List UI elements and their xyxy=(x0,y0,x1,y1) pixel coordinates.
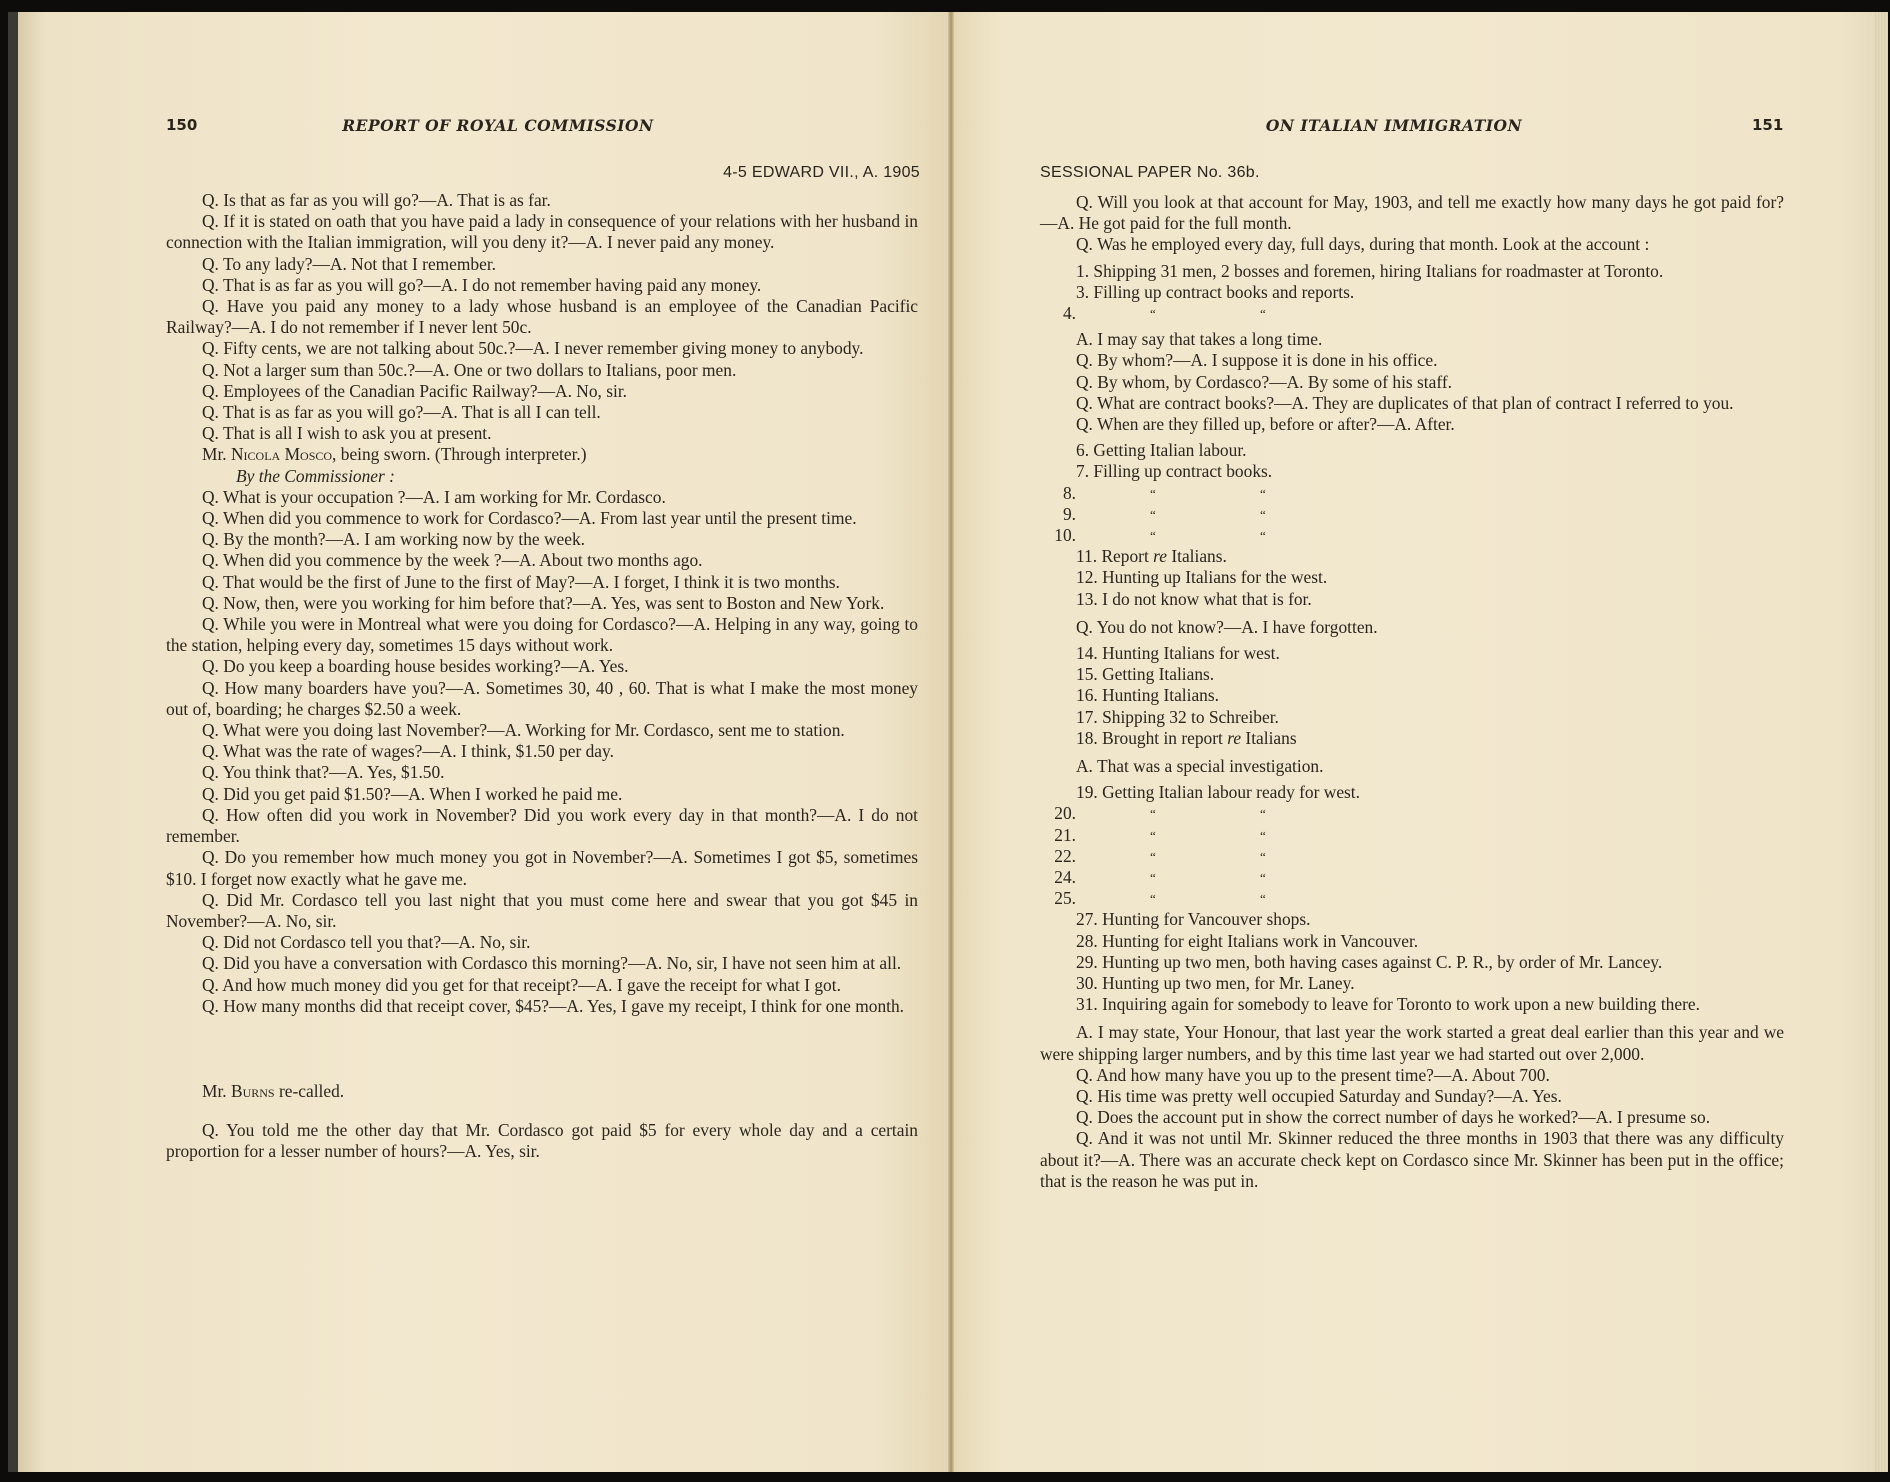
paragraph: Q. How often did you work in November? D… xyxy=(166,805,918,847)
paragraph: Q. What is your occupation ?—A. I am wor… xyxy=(166,487,918,508)
item-number: 15. xyxy=(1076,664,1098,684)
item-number: 21. xyxy=(1046,825,1076,846)
ditto-row: 20.““ xyxy=(1040,803,1784,824)
ditto-mark: “ xyxy=(1150,504,1156,525)
paragraph: Q. His time was pretty well occupied Sat… xyxy=(1040,1086,1784,1107)
ditto-mark: “ xyxy=(1260,303,1266,324)
ditto-mark: “ xyxy=(1150,483,1156,504)
page-number-right: 151 xyxy=(1752,116,1783,134)
qa-b: Q. You do not know?—A. I have forgotten. xyxy=(1040,617,1784,638)
item-number: 13. xyxy=(1076,589,1098,609)
ditto-mark: “ xyxy=(1150,825,1156,846)
item-number: 24. xyxy=(1046,867,1076,888)
paragraph: Q. Did not Cordasco tell you that?—A. No… xyxy=(166,932,918,953)
ditto-mark: “ xyxy=(1150,803,1156,824)
book-spread: 150 REPORT OF ROYAL COMMISSION 4-5 EDWAR… xyxy=(8,12,1888,1472)
paragraph: Q. Did Mr. Cordasco tell you last night … xyxy=(166,890,918,932)
paragraph: Q. That is as far as you will go?—A. Tha… xyxy=(166,402,918,423)
paragraph: Q. While you were in Montreal what were … xyxy=(166,614,918,656)
list-item: 30. Hunting up two men, for Mr. Laney. xyxy=(1040,973,1784,994)
item-text: Filling up contract books. xyxy=(1093,461,1272,481)
paragraph: Q. Do you remember how much money you go… xyxy=(166,847,918,889)
list-item: 18. Brought in report re Italians xyxy=(1040,728,1784,749)
paragraph: Q. That is all I wish to ask you at pres… xyxy=(166,423,918,444)
list-item: 14. Hunting Italians for west. xyxy=(1040,643,1784,664)
session-line-right: SESSIONAL PAPER No. 36b. xyxy=(1040,164,1260,182)
item-number: 11. xyxy=(1076,546,1097,566)
running-title-left: REPORT OF ROYAL COMMISSION xyxy=(18,116,958,135)
item-text: Report xyxy=(1101,546,1153,566)
list-item: 29. Hunting up two men, both having case… xyxy=(1040,952,1784,973)
paragraph: Q. Does the account put in show the corr… xyxy=(1040,1107,1784,1128)
ditto-mark: “ xyxy=(1260,888,1266,909)
paragraph: Q. How many boarders have you?—A. Someti… xyxy=(166,678,918,720)
right-page: ON ITALIAN IMMIGRATION 151 SESSIONAL PAP… xyxy=(954,12,1888,1472)
right-page-body: Q. Will you look at that account for May… xyxy=(1040,192,1784,1192)
account-items-f: 27. Hunting for Vancouver shops.28. Hunt… xyxy=(1040,909,1784,1015)
paragraph: Q. What was the rate of wages?—A. I thin… xyxy=(166,741,918,762)
paragraph: Q. Do you keep a boarding house besides … xyxy=(166,656,918,677)
paragraph: Q. Was he employed every day, full days,… xyxy=(1040,234,1784,255)
ditto-mark: “ xyxy=(1260,867,1266,888)
ditto-mark: “ xyxy=(1260,483,1266,504)
ditto-mark: “ xyxy=(1150,846,1156,867)
item-italic: re xyxy=(1153,546,1167,566)
item-text: Hunting for Vancouver shops. xyxy=(1102,909,1310,929)
item-number: 28. xyxy=(1076,931,1098,951)
paragraph: Q. And how much money did you get for th… xyxy=(166,975,918,996)
list-item: 12. Hunting up Italians for the west. xyxy=(1040,567,1784,588)
paragraph: Q. Is that as far as you will go?—A. Tha… xyxy=(166,190,918,211)
session-line-left: 4-5 EDWARD VII., A. 1905 xyxy=(723,164,920,182)
qa-block-a: A. I may say that takes a long time.Q. B… xyxy=(1040,329,1784,435)
ditto-mark: “ xyxy=(1260,504,1266,525)
left-page: 150 REPORT OF ROYAL COMMISSION 4-5 EDWAR… xyxy=(8,12,948,1472)
item-text: I do not know what that is for. xyxy=(1102,589,1312,609)
ditto-mark: “ xyxy=(1260,825,1266,846)
item-number: 3. xyxy=(1076,282,1089,302)
left-page-body: Q. Is that as far as you will go?—A. Tha… xyxy=(166,190,918,1163)
account-items-e: 19. Getting Italian labour ready for wes… xyxy=(1040,782,1784,803)
account-items-d: 14. Hunting Italians for west.15. Gettin… xyxy=(1040,643,1784,749)
ditto-rows-b: 8.““9.““10.““ xyxy=(1040,483,1784,547)
item-italic: re xyxy=(1227,728,1241,748)
running-title-right: ON ITALIAN IMMIGRATION xyxy=(954,116,1834,135)
by-commissioner-line: By the Commissioner : xyxy=(166,466,918,487)
paragraph: Q. To any lady?—A. Not that I remember. xyxy=(166,254,918,275)
ditto-mark: “ xyxy=(1150,525,1156,546)
witness-prefix: Mr. xyxy=(202,444,231,464)
item-number: 27. xyxy=(1076,909,1098,929)
item-text: Getting Italians. xyxy=(1102,664,1214,684)
item-text: Inquiring again for somebody to leave fo… xyxy=(1102,994,1700,1014)
list-item: 1. Shipping 31 men, 2 bosses and foremen… xyxy=(1040,261,1784,282)
account-items-a: 1. Shipping 31 men, 2 bosses and foremen… xyxy=(1040,261,1784,303)
item-text: Hunting up two men, both having cases ag… xyxy=(1102,952,1662,972)
paragraph: Q. When did you commence to work for Cor… xyxy=(166,508,918,529)
paragraph: Q. Fifty cents, we are not talking about… xyxy=(166,338,918,359)
list-item: 6. Getting Italian labour. xyxy=(1040,440,1784,461)
recall-suffix: re-called. xyxy=(275,1081,345,1101)
item-number: 19. xyxy=(1076,782,1098,802)
item-text: Shipping 32 to Schreiber. xyxy=(1102,707,1279,727)
paragraph: Q. That would be the first of June to th… xyxy=(166,572,918,593)
paragraph: Q. By the month?—A. I am working now by … xyxy=(166,529,918,550)
paragraph: Q. What are contract books?—A. They are … xyxy=(1040,393,1784,414)
item-number: 9. xyxy=(1046,504,1076,525)
item-number: 16. xyxy=(1076,685,1098,705)
item-text-post: Italians xyxy=(1241,728,1297,748)
item-number: 25. xyxy=(1046,888,1076,909)
account-items-b: 6. Getting Italian labour.7. Filling up … xyxy=(1040,440,1784,482)
paragraph: Q. That is as far as you will go?—A. I d… xyxy=(166,275,918,296)
item-text: Hunting for eight Italians work in Vanco… xyxy=(1102,931,1418,951)
paragraph: Q. If it is stated on oath that you have… xyxy=(166,211,918,253)
item-number: 8. xyxy=(1046,483,1076,504)
paragraph: A. I may state, Your Honour, that last y… xyxy=(1040,1022,1784,1064)
witness-suffix: , being sworn. (Through interpreter.) xyxy=(332,444,587,464)
qa-c: A. That was a special investigation. xyxy=(1040,756,1784,777)
paragraph: Q. Will you look at that account for May… xyxy=(1040,192,1784,234)
ditto-row: 21.““ xyxy=(1040,825,1784,846)
paragraph: Q. How many months did that receipt cove… xyxy=(166,996,918,1017)
list-item: 16. Hunting Italians. xyxy=(1040,685,1784,706)
account-items-c: 11. Report re Italians.12. Hunting up It… xyxy=(1040,546,1784,610)
item-number: 31. xyxy=(1076,994,1098,1014)
item-number: 22. xyxy=(1046,846,1076,867)
ditto-row: 4.““ xyxy=(1040,303,1784,324)
paragraph: Q. And how many have you up to the prese… xyxy=(1040,1065,1784,1086)
item-text: Hunting up two men, for Mr. Laney. xyxy=(1102,973,1354,993)
item-text: Hunting up Italians for the west. xyxy=(1102,567,1327,587)
page-edge xyxy=(1874,12,1888,1472)
list-item: 7. Filling up contract books. xyxy=(1040,461,1784,482)
witness-intro: Mr. Nicola Mosco, being sworn. (Through … xyxy=(166,444,918,465)
paragraph: Q. When did you commence by the week ?—A… xyxy=(166,550,918,571)
paragraph: Q. And it was not until Mr. Skinner redu… xyxy=(1040,1128,1784,1192)
item-number: 14. xyxy=(1076,643,1098,663)
ditto-row: 9.““ xyxy=(1040,504,1784,525)
item-text: Hunting Italians for west. xyxy=(1102,643,1280,663)
ditto-row: 10.““ xyxy=(1040,525,1784,546)
ditto-rows-c: 20.““21.““22.““24.““25.““ xyxy=(1040,803,1784,909)
paragraph: Q. When are they filled up, before or af… xyxy=(1040,414,1784,435)
paragraph: Q. Have you paid any money to a lady who… xyxy=(166,296,918,338)
item-number: 1. xyxy=(1076,261,1089,281)
paragraph: Q. What were you doing last November?—A.… xyxy=(166,720,918,741)
item-text: Getting Italian labour. xyxy=(1093,440,1246,460)
left-paragraphs-2: Q. What is your occupation ?—A. I am wor… xyxy=(166,487,918,1017)
ditto-row: 24.““ xyxy=(1040,867,1784,888)
ditto-mark: “ xyxy=(1260,846,1266,867)
item-number: 12. xyxy=(1076,567,1098,587)
ditto-row: 22.““ xyxy=(1040,846,1784,867)
final-paragraph: Q. You told me the other day that Mr. Co… xyxy=(166,1120,918,1162)
item-number: 7. xyxy=(1076,461,1089,481)
witness-name: Nicola Mosco xyxy=(231,444,332,464)
list-item: 11. Report re Italians. xyxy=(1040,546,1784,567)
item-text-post: Italians. xyxy=(1167,546,1227,566)
item-text: Getting Italian labour ready for west. xyxy=(1102,782,1360,802)
item-text: Brought in report xyxy=(1102,728,1227,748)
item-number: 30. xyxy=(1076,973,1098,993)
item-number: 10. xyxy=(1046,525,1076,546)
ditto-mark: “ xyxy=(1150,867,1156,888)
list-item: 17. Shipping 32 to Schreiber. xyxy=(1040,707,1784,728)
paragraph: Q. You think that?—A. Yes, $1.50. xyxy=(166,762,918,783)
ditto-row: 8.““ xyxy=(1040,483,1784,504)
intro-paragraphs: Q. Will you look at that account for May… xyxy=(1040,192,1784,256)
paragraph: Q. Employees of the Canadian Pacific Rai… xyxy=(166,381,918,402)
recall-line: Mr. Burns re-called. xyxy=(166,1081,918,1102)
item-number: 4. xyxy=(1046,303,1076,324)
paragraph: Q. Not a larger sum than 50c.?—A. One or… xyxy=(166,360,918,381)
paragraph: Q. Did you have a conversation with Cord… xyxy=(166,953,918,974)
item-text: Shipping 31 men, 2 bosses and foremen, h… xyxy=(1093,261,1663,281)
ditto-rows-a: 4.““ xyxy=(1040,303,1784,324)
paragraph: A. I may say that takes a long time. xyxy=(1040,329,1784,350)
paragraph: Q. Did you get paid $1.50?—A. When I wor… xyxy=(166,784,918,805)
item-number: 18. xyxy=(1076,728,1098,748)
ditto-mark: “ xyxy=(1150,303,1156,324)
list-item: 15. Getting Italians. xyxy=(1040,664,1784,685)
recall-name: Burns xyxy=(231,1081,275,1101)
ditto-mark: “ xyxy=(1260,803,1266,824)
item-text: Filling up contract books and reports. xyxy=(1093,282,1354,302)
item-number: 17. xyxy=(1076,707,1098,727)
list-item: 19. Getting Italian labour ready for wes… xyxy=(1040,782,1784,803)
item-number: 20. xyxy=(1046,803,1076,824)
recall-prefix: Mr. xyxy=(202,1081,231,1101)
item-text: Hunting Italians. xyxy=(1102,685,1219,705)
ditto-mark: “ xyxy=(1150,888,1156,909)
closing-paragraphs: A. I may state, Your Honour, that last y… xyxy=(1040,1022,1784,1192)
item-number: 29. xyxy=(1076,952,1098,972)
left-paragraphs: Q. Is that as far as you will go?—A. Tha… xyxy=(166,190,918,444)
paragraph: Q. By whom, by Cordasco?—A. By some of h… xyxy=(1040,372,1784,393)
list-item: 28. Hunting for eight Italians work in V… xyxy=(1040,931,1784,952)
list-item: 13. I do not know what that is for. xyxy=(1040,589,1784,610)
list-item: 31. Inquiring again for somebody to leav… xyxy=(1040,994,1784,1015)
list-item: 27. Hunting for Vancouver shops. xyxy=(1040,909,1784,930)
list-item: 3. Filling up contract books and reports… xyxy=(1040,282,1784,303)
paragraph: Q. By whom?—A. I suppose it is done in h… xyxy=(1040,350,1784,371)
ditto-mark: “ xyxy=(1260,525,1266,546)
ditto-row: 25.““ xyxy=(1040,888,1784,909)
paragraph: Q. Now, then, were you working for him b… xyxy=(166,593,918,614)
item-number: 6. xyxy=(1076,440,1089,460)
